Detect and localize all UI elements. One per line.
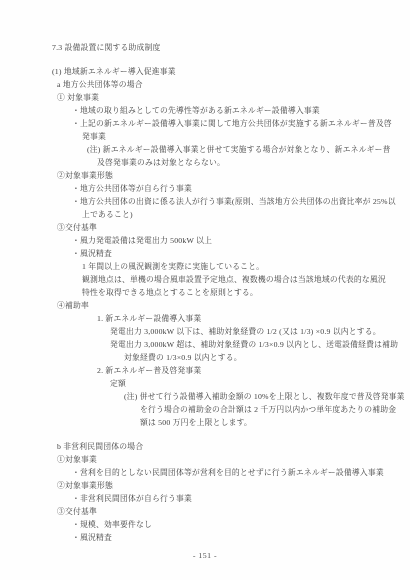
text-line: ③交付基準 <box>57 505 402 518</box>
text-line: (1) 地域新エネルギー導入促進事業 <box>52 65 402 78</box>
page-number: - 151 - <box>0 549 410 562</box>
text-line: 額は 500 万円を上限とします。 <box>140 416 402 429</box>
text-line: ・営利を目的としない民間団体等が営利を目的とせずに行う新エネルギー設備導入事業 <box>72 466 402 479</box>
text-line: ・風力発電設備は発電出力 500kW 以上 <box>72 234 402 247</box>
text-line: ・地域の取り組みとしての先導性等がある新エネルギー設備導入事業 <box>72 104 402 117</box>
text-line: 定額 <box>110 377 402 390</box>
text-line: b 非営利民間団体の場合 <box>57 440 402 453</box>
text-line: ④補助率 <box>57 299 402 312</box>
text-line: 上であること) <box>82 208 402 221</box>
text-line: ・規模、効率要件なし <box>72 518 402 531</box>
text-line: a 地方公共団体等の場合 <box>57 78 402 91</box>
text-line: ・地方公共団体の出資に係る法人が行う事業(原則、当該地方公共団体の出資比率が 2… <box>72 195 402 208</box>
text-line: 特性を取得できる地点とすることを原則とする。 <box>82 286 402 299</box>
text-line: ・地方公共団体等が自ら行う事業 <box>72 182 402 195</box>
document-page: 7.3 設備設置に関する助成制度(1) 地域新エネルギー導入促進事業a 地方公共… <box>0 0 410 580</box>
text-line: を行う場合の補助金の合計額は 2 千万円以内かつ単年度あたりの補助金 <box>140 403 402 416</box>
text-line: (注) 併せて行う設備導入補助金額の 10%を上限とし、複数年度で普及啓発事業 <box>124 390 402 403</box>
text-line: ・上記の新エネルギー設備導入事業に関して地方公共団体が実施する新エネルギー普及啓 <box>72 117 402 130</box>
text-line: ①対象事業 <box>57 453 402 466</box>
text-line: 対象経費の 1/3×0.9 以内とする。 <box>124 351 402 364</box>
text-line: ・風況精査 <box>72 247 402 260</box>
text-line: ① 対象事業 <box>57 91 402 104</box>
text-line: 2. 新エネルギー普及啓発事業 <box>97 364 402 377</box>
text-line: 発電出力 3,000kW 超は、補助対象経費の 1/3×0.9 以内とし、送電設… <box>110 338 402 351</box>
text-line: ②対象事業形態 <box>57 479 402 492</box>
text-line: ③交付基準 <box>57 221 402 234</box>
text-line: 観測地点は、単機の場合風車設置予定地点、複数機の場合は当該地域の代表的な風況 <box>82 273 402 286</box>
text-line: 1 年間以上の風況観測を実際に実施していること。 <box>82 260 402 273</box>
text-line: ・非営利民間団体が自ら行う事業 <box>72 492 402 505</box>
text-line: 及啓発事業のみは対象とならない。 <box>97 156 402 169</box>
text-line: 1. 新エネルギー設備導入事業 <box>97 312 402 325</box>
text-line: (注) 新エネルギー設備導入事業と併せて実施する場合が対象となり、新エネルギー普 <box>87 143 402 156</box>
text-line: ②対象事業形態 <box>57 169 402 182</box>
text-line: 発電出力 3,000kW 以下は、補助対象経費の 1/2 (又は 1/3) ×0… <box>110 325 402 338</box>
text-line: 発事業 <box>82 130 402 143</box>
text-line: 7.3 設備設置に関する助成制度 <box>52 41 402 54</box>
text-line: ・風況精査 <box>72 531 402 544</box>
document-body: 7.3 設備設置に関する助成制度(1) 地域新エネルギー導入促進事業a 地方公共… <box>0 41 402 544</box>
